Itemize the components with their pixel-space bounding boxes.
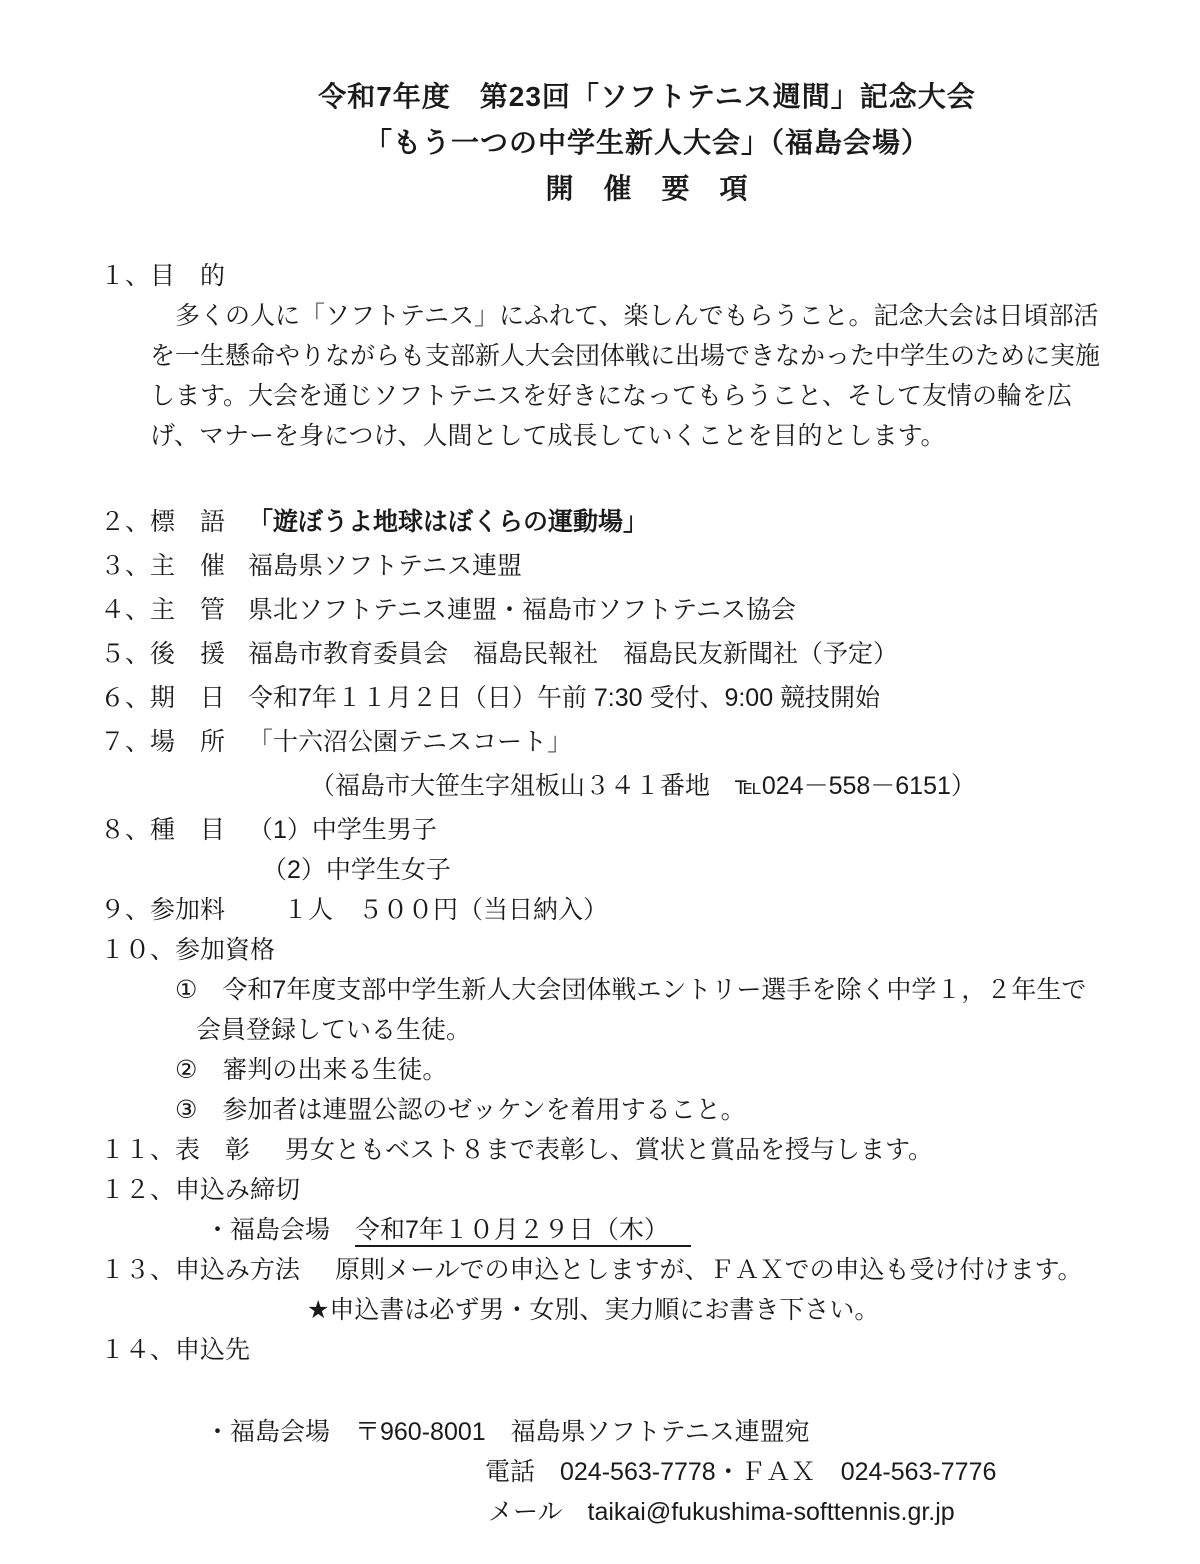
eligibility-item-2: ② 審判の出来る生徒。	[175, 1050, 1200, 1090]
section-awards-row: １１、表 彰 男女ともベスト８まで表彰し、賞状と賞品を授与します。	[100, 1130, 1200, 1170]
contact-email-line: メール taikai@fukushima-softtennis.gr.jp	[488, 1492, 1200, 1532]
venue-name-text: 「十六沼公園テニスコート」	[248, 722, 572, 762]
section-management-row: ４、主 管 県北ソフトテニス連盟・福島市ソフトテニス協会	[100, 590, 1200, 630]
purpose-paragraph-line-2: を一生懸命やりながらも支部新人大会団体戦に出場できなかった中学生のために実施	[150, 336, 1140, 376]
document-title: 令和7年度 第23回「ソフトテニス週間」記念大会 「もう一つの中学生新人大会」（…	[94, 0, 1200, 212]
section-support-row: ５、後 援 福島市教育委員会 福島民報社 福島民友新聞社（予定）	[100, 634, 1200, 674]
section-fee-row: ９、参加料 １人 ５００円（当日納入）	[100, 890, 1200, 930]
method-text: 原則メールでの申込としますが、ＦＡＸでの申込も受け付けます。	[335, 1250, 1083, 1290]
eligibility-item-3: ③ 参加者は連盟公認のゼッケンを着用すること。	[175, 1090, 1200, 1130]
section-awards-label: １１、表 彰	[100, 1130, 285, 1170]
section-place-row: ７、場 所 「十六沼公園テニスコート」	[100, 722, 1200, 762]
section-eligibility-heading: １０、参加資格	[100, 930, 1200, 970]
eligibility-item-1-line-1: ① 令和7年度支部中学生新人大会団体戦エントリー選手を除く中学１，２年生で	[175, 970, 1200, 1010]
event-category-2: （2）中学生女子	[262, 850, 1200, 890]
purpose-paragraph-line-3: します。大会を通じソフトテニスを好きになってもらうこと、そして友情の輪を広	[150, 376, 1140, 416]
section-eligibility-label: １０、参加資格	[100, 930, 275, 970]
section-deadline-label: １２、申込み締切	[100, 1170, 300, 1210]
event-date-text: 令和7年１１月２日（日）午前 7:30 受付、9:00 競技開始	[248, 678, 880, 718]
document-title-line-3: 開 催 要 項	[94, 166, 1200, 212]
venue-address-line: （福島市大笹生字俎板山３４１番地 ℡024－558－6151）	[310, 766, 1200, 806]
section-date-label: ６、期 日	[100, 678, 248, 718]
support-text: 福島市教育委員会 福島民報社 福島民友新聞社（予定）	[248, 634, 898, 674]
section-purpose-heading: １、目 的	[100, 256, 1200, 296]
section-method-row: １３、申込み方法 原則メールでの申込としますが、ＦＡＸでの申込も受け付けます。	[100, 1250, 1200, 1290]
purpose-paragraph: 多くの人に「ソフトテニス」にふれて、楽しんでもらうこと。記念大会は日頃部活 を一…	[150, 296, 1140, 456]
deadline-venue-prefix: ・福島会場	[205, 1216, 355, 1244]
deadline-date-underlined: 令和7年１０月２９日（木）	[355, 1216, 691, 1247]
document-page: 令和7年度 第23回「ソフトテニス週間」記念大会 「もう一つの中学生新人大会」（…	[0, 0, 1200, 1564]
section-slogan-row: ２、標 語 「遊ぼうよ地球はぼくらの運動場」	[100, 502, 1200, 542]
section-host-label: ３、主 催	[100, 546, 248, 586]
section-deadline-heading: １２、申込み締切	[100, 1170, 1200, 1210]
contact-block: ・福島会場 〒960-8001 福島県ソフトテニス連盟宛 電話 024-563-…	[0, 1412, 1200, 1532]
purpose-paragraph-line-1: 多くの人に「ソフトテニス」にふれて、楽しんでもらうこと。記念大会は日頃部活	[150, 296, 1140, 336]
section-slogan-label: ２、標 語	[100, 502, 248, 542]
section-apply-to-heading: １４、申込先	[100, 1330, 1200, 1370]
eligibility-item-1-line-2: 会員登録している生徒。	[196, 1010, 1200, 1050]
section-purpose-label: １、目 的	[100, 256, 225, 296]
management-text: 県北ソフトテニス連盟・福島市ソフトテニス協会	[248, 590, 796, 630]
awards-text: 男女ともベスト８まで表彰し、賞状と賞品を授与します。	[285, 1130, 933, 1170]
event-category-1: （1）中学生男子	[248, 810, 437, 850]
contact-venue-line: ・福島会場 〒960-8001 福島県ソフトテニス連盟宛	[205, 1412, 1200, 1452]
method-star-note: ★申込書は必ず男・女別、実力順にお書き下さい。	[307, 1290, 1200, 1330]
section-management-label: ４、主 管	[100, 590, 248, 630]
slogan-text: 「遊ぼうよ地球はぼくらの運動場」	[248, 502, 648, 542]
purpose-paragraph-line-4: げ、マナーを身につけ、人間として成長していくことを目的とします。	[150, 416, 1140, 456]
section-method-label: １３、申込み方法	[100, 1250, 335, 1290]
section-events-row: ８、種 目 （1）中学生男子	[100, 810, 1200, 850]
fee-text: １人 ５００円（当日納入）	[283, 890, 608, 930]
section-fee-label: ９、参加料	[100, 890, 283, 930]
deadline-line: ・福島会場 令和7年１０月２９日（木）	[205, 1210, 1200, 1250]
document-title-line-2: 「もう一つの中学生新人大会」（福島会場）	[94, 120, 1200, 166]
host-text: 福島県ソフトテニス連盟	[248, 546, 522, 586]
section-host-row: ３、主 催 福島県ソフトテニス連盟	[100, 546, 1200, 586]
document-body: １、目 的 多くの人に「ソフトテニス」にふれて、楽しんでもらうこと。記念大会は日…	[0, 256, 1200, 1532]
document-title-line-1: 令和7年度 第23回「ソフトテニス週間」記念大会	[94, 74, 1200, 120]
section-events-label: ８、種 目	[100, 810, 248, 850]
section-support-label: ５、後 援	[100, 634, 248, 674]
section-place-label: ７、場 所	[100, 722, 248, 762]
section-date-row: ６、期 日 令和7年１１月２日（日）午前 7:30 受付、9:00 競技開始	[100, 678, 1200, 718]
section-apply-to-label: １４、申込先	[100, 1330, 250, 1370]
contact-phone-fax-line: 電話 024-563-7778・ＦＡＸ 024-563-7776	[485, 1452, 1200, 1492]
